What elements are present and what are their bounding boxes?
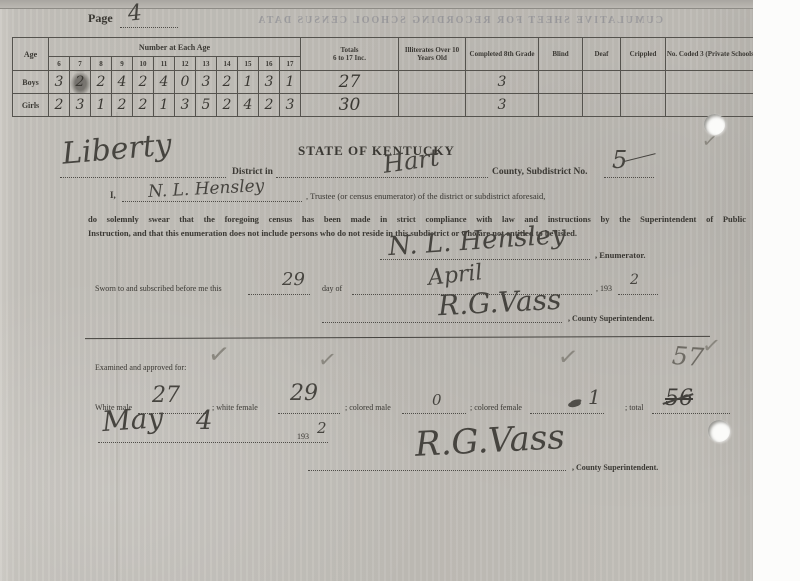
blind-header: Blind <box>539 38 583 71</box>
district-in-label: District in <box>232 167 273 177</box>
subdistrict-label: County, Subdistrict No. <box>492 167 588 177</box>
boys-crippled-empty <box>621 71 666 94</box>
age-col-11: 11 <box>154 57 175 71</box>
totals-header-line2: 6 to 17 Inc. <box>333 54 366 62</box>
i-label: I, <box>110 190 116 200</box>
illiterates-header: Illiterates Over 10 Years Old <box>399 38 466 71</box>
girls-blind-empty <box>539 94 583 117</box>
age-col-13: 13 <box>196 57 217 71</box>
sworn-month-handwritten: April <box>427 262 484 290</box>
boys-age-8: 2 <box>91 71 112 94</box>
scan-background <box>753 0 800 581</box>
subdistrict-no-line <box>604 177 654 178</box>
colored-female-value: 1 <box>588 387 601 407</box>
girls-total: 30 <box>301 94 399 117</box>
age-col-17: 17 <box>280 57 301 71</box>
boys-deaf-empty <box>583 71 621 94</box>
boys-age-7-smudged: 2 <box>70 71 91 94</box>
girls-deaf-empty <box>583 94 621 117</box>
approval-superintendent-label: , County Superintendent. <box>572 463 658 472</box>
total-label: ; total <box>625 403 643 412</box>
girls-age-6: 2 <box>49 94 70 117</box>
colored-female-line <box>530 413 604 414</box>
totals-header: Totals 6 to 17 Inc. <box>301 38 399 71</box>
boys-age-16: 3 <box>259 71 280 94</box>
approval-month-handwritten: May <box>101 404 164 436</box>
page-label: Page <box>88 11 113 26</box>
page-number-line <box>120 27 178 28</box>
deaf-header: Deaf <box>583 38 621 71</box>
sworn-day-line <box>248 294 310 295</box>
girls-age-12: 3 <box>175 94 196 117</box>
age-col-10: 10 <box>133 57 154 71</box>
page-number-handwritten: 4 <box>127 2 143 25</box>
number-at-each-age-header: Number at Each Age <box>49 38 301 57</box>
superintendent-signature-line <box>322 322 562 323</box>
colored-female-label: ; colored female <box>470 403 522 412</box>
year-prefix: , 193 <box>596 284 612 293</box>
girls-age-16: 2 <box>259 94 280 117</box>
age-col-12: 12 <box>175 57 196 71</box>
bleed-through-title: CUMULATIVE SHEET FOR RECORDING SCHOOL CE… <box>285 15 663 26</box>
district-name-line <box>60 177 226 178</box>
boys-age-6: 3 <box>49 71 70 94</box>
girls-age-8: 1 <box>91 94 112 117</box>
colored-male-line <box>402 413 466 414</box>
age-header: Age <box>13 38 49 71</box>
sworn-text: Sworn to and subscribed before me this <box>95 284 222 293</box>
boys-illiterates-empty <box>399 71 466 94</box>
white-female-label: ; white female <box>212 403 258 412</box>
total-corrected-handwritten: 57 <box>671 343 704 370</box>
year-line <box>618 294 658 295</box>
day-of-label: day of <box>322 284 342 293</box>
no-coded-header: No. Coded 3 (Private Schools) <box>666 38 758 71</box>
district-name-handwritten: Liberty <box>61 130 173 169</box>
approval-year-prefix: 193 <box>297 432 309 441</box>
age-col-16: 16 <box>259 57 280 71</box>
approval-signature-line <box>308 470 566 471</box>
boys-age-11: 4 <box>154 71 175 94</box>
girls-age-11: 1 <box>154 94 175 117</box>
age-col-15: 15 <box>238 57 259 71</box>
girls-row-label: Girls <box>13 94 49 117</box>
pencil-checkmark: ✓ <box>206 341 231 370</box>
year-digit-handwritten: 2 <box>630 273 639 287</box>
scanned-census-form: Page 4 CUMULATIVE SHEET FOR RECORDING SC… <box>0 0 800 581</box>
age-col-9: 9 <box>112 57 133 71</box>
oath-line1: do solemnly swear that the foregoing cen… <box>88 214 746 224</box>
pencil-checkmark: ✓ <box>701 132 718 152</box>
age-col-7: 7 <box>70 57 91 71</box>
scribble-mark <box>568 400 582 409</box>
boys-age-17: 1 <box>280 71 301 94</box>
girls-age-10: 2 <box>133 94 154 117</box>
white-female-line <box>278 413 340 414</box>
age-col-6: 6 <box>49 57 70 71</box>
girls-crippled-empty <box>621 94 666 117</box>
white-female-value: 29 <box>290 383 318 405</box>
sworn-day-handwritten: 29 <box>282 271 305 289</box>
superintendent-label: , County Superintendent. <box>568 314 654 323</box>
enumerator-signature-line <box>380 259 590 260</box>
punch-hole-bottom <box>708 420 730 442</box>
girls-age-15: 4 <box>238 94 259 117</box>
boys-row: Boys 3 2 2 4 2 4 0 3 2 1 3 1 27 3 <box>13 71 758 94</box>
girls-row: Girls 2 3 1 2 2 1 3 5 2 4 2 3 30 3 <box>13 94 758 117</box>
boys-no-coded-empty <box>666 71 758 94</box>
census-count-table: Age Number at Each Age Totals 6 to 17 In… <box>12 37 758 117</box>
colored-male-label: ; colored male <box>345 403 391 412</box>
examined-label: Examined and approved for: <box>95 363 186 372</box>
girls-illiterates-empty <box>399 94 466 117</box>
boys-row-label: Boys <box>13 71 49 94</box>
girls-age-14: 2 <box>217 94 238 117</box>
age-col-14: 14 <box>217 57 238 71</box>
totals-header-line1: Totals <box>340 46 358 54</box>
crippled-header: Crippled <box>621 38 666 71</box>
pencil-checkmark: ✓ <box>317 349 338 373</box>
completed-8th-header: Completed 8th Grade <box>466 38 539 71</box>
county-name-handwritten: Hart <box>382 145 441 177</box>
total-line <box>652 413 730 414</box>
girls-age-13: 5 <box>196 94 217 117</box>
boys-age-9: 4 <box>112 71 133 94</box>
superintendent-signature: R.G.Vass <box>437 286 562 320</box>
boys-age-14: 2 <box>217 71 238 94</box>
girls-completed-8th: 3 <box>466 94 539 117</box>
scan-top-edge <box>0 0 753 9</box>
girls-age-7: 3 <box>70 94 91 117</box>
colored-male-value: 0 <box>432 393 442 408</box>
approval-date-line <box>98 442 328 443</box>
paper-crease <box>116 112 118 581</box>
age-col-8: 8 <box>91 57 112 71</box>
pencil-checkmark: ✓ <box>556 344 579 371</box>
boys-age-12: 0 <box>175 71 196 94</box>
boys-age-15: 1 <box>238 71 259 94</box>
approval-day-handwritten: 4 <box>196 408 213 434</box>
approval-superintendent-signature: R.G.Vass <box>414 420 565 462</box>
girls-age-17: 3 <box>280 94 301 117</box>
boys-age-10: 2 <box>133 71 154 94</box>
approval-year-digit: 2 <box>317 421 327 436</box>
boys-completed-8th: 3 <box>466 71 539 94</box>
enumerator-label: , Enumerator. <box>595 250 645 260</box>
section-divider <box>85 336 710 339</box>
paper-sheet: Page 4 CUMULATIVE SHEET FOR RECORDING SC… <box>0 0 753 581</box>
trustee-text: , Trustee (or census enumerator) of the … <box>306 191 545 201</box>
girls-age-9: 2 <box>112 94 133 117</box>
boys-total: 27 <box>301 71 399 94</box>
enumerator-name-handwritten: N. L. Hensley <box>148 178 265 201</box>
girls-no-coded-empty <box>666 94 758 117</box>
county-name-line <box>276 177 488 178</box>
boys-age-13: 3 <box>196 71 217 94</box>
boys-blind-empty <box>539 71 583 94</box>
